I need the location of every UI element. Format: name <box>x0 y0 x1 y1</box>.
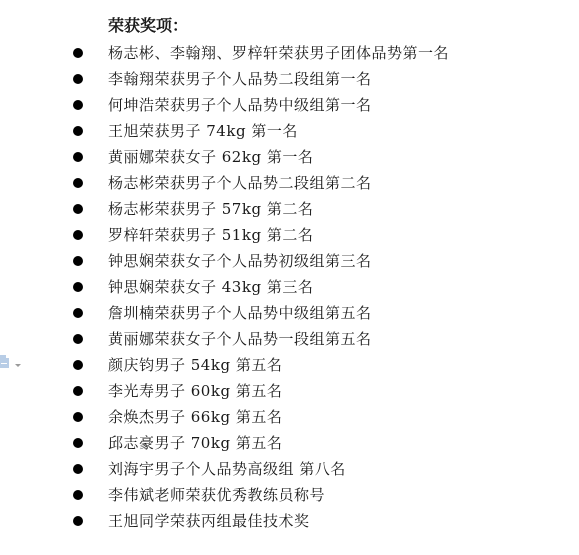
award-text: 何坤浩荣获男子个人品势中级组第一名 <box>108 92 372 118</box>
award-text: 罗梓轩荣获男子 51kg 第二名 <box>108 222 313 248</box>
bullet-icon <box>73 48 83 58</box>
award-text: 邱志豪男子 70kg 第五名 <box>108 430 282 456</box>
bullet-icon <box>73 126 83 136</box>
bullet-icon <box>73 464 83 474</box>
award-text: 颜庆钧男子 54kg 第五名 <box>108 352 282 378</box>
award-text: 刘海宇男子个人品势高级组 第八名 <box>108 456 346 482</box>
award-text: 黄丽娜荣获女子 62kg 第一名 <box>108 144 313 170</box>
award-text: 李光寿男子 60kg 第五名 <box>108 378 282 404</box>
awards-heading: 荣获奖项： <box>108 14 188 38</box>
award-text: 王旭同学荣获丙组最佳技术奖 <box>108 508 310 534</box>
chevron-down-icon[interactable] <box>15 364 21 367</box>
bullet-icon <box>73 412 83 422</box>
bullet-icon <box>73 74 83 84</box>
award-text: 王旭荣获男子 74kg 第一名 <box>108 118 298 144</box>
award-text: 詹圳楠荣获男子个人品势中级组第五名 <box>108 300 372 326</box>
award-text: 李翰翔荣获男子个人品势二段组第一名 <box>108 66 372 92</box>
award-text: 李伟斌老师荣获优秀教练员称号 <box>108 482 325 508</box>
bullet-icon <box>73 282 83 292</box>
bullet-icon <box>73 490 83 500</box>
bullet-icon <box>73 204 83 214</box>
award-text: 钟思娴荣获女子 43kg 第三名 <box>108 274 313 300</box>
bullet-icon <box>73 256 83 266</box>
award-text: 杨志彬、李翰翔、罗梓轩荣获男子团体品势第一名 <box>108 40 449 66</box>
bullet-icon <box>73 516 83 526</box>
bullet-icon <box>73 334 83 344</box>
paste-options-icon[interactable] <box>0 355 9 367</box>
award-text: 余焕杰男子 66kg 第五名 <box>108 404 282 430</box>
award-text: 钟思娴荣获女子个人品势初级组第三名 <box>108 248 372 274</box>
award-text: 杨志彬荣获男子个人品势二段组第二名 <box>108 170 372 196</box>
award-text: 杨志彬荣获男子 57kg 第二名 <box>108 196 313 222</box>
bullet-icon <box>73 152 83 162</box>
bullet-icon <box>73 178 83 188</box>
bullet-icon <box>73 308 83 318</box>
bullet-icon <box>73 360 83 370</box>
bullet-icon <box>73 438 83 448</box>
bullet-icon <box>73 100 83 110</box>
bullet-icon <box>73 230 83 240</box>
clipboard-line <box>1 363 7 364</box>
bullet-icon <box>73 386 83 396</box>
award-text: 黄丽娜荣获女子个人品势一段组第五名 <box>108 326 372 352</box>
